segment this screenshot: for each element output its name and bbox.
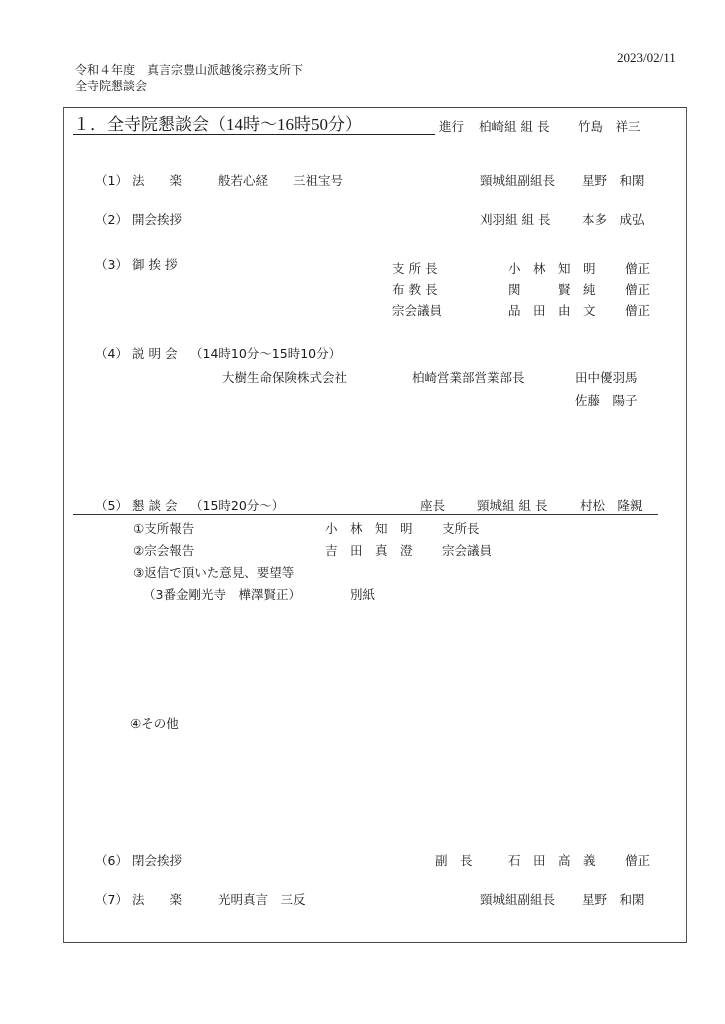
item-4-label: 説 明 会 (132, 348, 177, 361)
greeting-title: 僧正 (625, 284, 650, 297)
subitem-label: ①支所報告 (133, 523, 194, 536)
item-1-label: 法 楽 (132, 175, 182, 188)
chair-label: 座長 (420, 500, 445, 513)
item-4-name-2: 佐藤 陽子 (575, 395, 638, 408)
chair-role: 頸城組 組 長 (477, 500, 547, 513)
subitem-label: ②宗会報告 (133, 545, 194, 558)
item-4-time: （14時10分～15時10分） (190, 348, 341, 361)
greeting-title: 僧正 (625, 305, 650, 318)
greeting-name: 小 林 知 明 (508, 263, 596, 276)
header-line-2: 全寺院懇談会 (75, 80, 147, 92)
item-4-role: 柏崎営業部営業部長 (412, 372, 525, 385)
item-4-number: （4） (95, 348, 128, 361)
item-5-underline (73, 514, 658, 515)
host-role: 柏崎組 組 長 (479, 121, 549, 134)
host-name: 竹島 祥三 (578, 121, 641, 134)
subitem-title: 支所長 (442, 523, 480, 536)
subitem-title: 宗会議員 (442, 545, 492, 558)
item-5-label: 懇 談 会 (132, 500, 177, 513)
item-5-time: （15時20分～） (190, 500, 284, 513)
item-5-number: （5） (95, 500, 128, 513)
item-7-content: 光明真言 三反 (218, 894, 306, 907)
item-2-role: 刈羽組 組 長 (480, 214, 550, 227)
header-line-1: 令和４年度 真言宗豊山派越後宗務支所下 (75, 64, 303, 76)
item-6-number: （6） (95, 855, 128, 868)
item-2-label: 開会挨拶 (132, 214, 182, 227)
item-6-label: 閉会挨拶 (132, 855, 182, 868)
subitem-name: 吉 田 真 澄 (325, 545, 413, 558)
greeting-role: 布 教 長 (392, 284, 437, 297)
item-7-number: （7） (95, 894, 128, 907)
subitem-name: 小 林 知 明 (325, 523, 413, 536)
chair-name: 村松 隆親 (580, 500, 643, 513)
item-2-name: 本多 成弘 (582, 214, 645, 227)
subitem-label: ④その他 (130, 718, 179, 731)
item-7-name: 星野 和閑 (582, 894, 645, 907)
item-6-role: 副 長 (435, 855, 473, 868)
item-1-number: （1） (95, 175, 128, 188)
document-date: 2023/02/11 (617, 51, 676, 64)
greeting-role: 支 所 長 (392, 263, 437, 276)
item-1-name: 星野 和閑 (582, 175, 645, 188)
item-1-role: 頸城組副組長 (480, 175, 555, 188)
item-6-title: 僧正 (625, 855, 650, 868)
greeting-role: 宗会議員 (392, 305, 442, 318)
greeting-name: 品 田 由 文 (508, 305, 596, 318)
agenda-title: １．全寺院懇談会（14時～16時50分） (73, 116, 435, 135)
item-7-role: 頸城組副組長 (480, 894, 555, 907)
subitem-note: 別紙 (350, 589, 375, 602)
host-label: 進行 (439, 121, 464, 134)
greeting-name: 関 賢 純 (508, 284, 596, 297)
item-3-number: （3） (95, 259, 128, 272)
item-4-name-1: 田中優羽馬 (575, 372, 638, 385)
item-3-label: 御 挨 拶 (132, 259, 177, 272)
item-6-name: 石 田 高 義 (508, 855, 596, 868)
item-1-content: 般若心経 三祖宝号 (218, 175, 343, 188)
item-7-label: 法 楽 (132, 894, 182, 907)
greeting-title: 僧正 (625, 263, 650, 276)
subitem-label: （3番金剛光寺 樺澤賢正） (143, 589, 301, 602)
item-2-number: （2） (95, 214, 128, 227)
item-4-company: 大樹生命保険株式会社 (222, 372, 347, 385)
subitem-label: ③返信で頂いた意見、要望等 (133, 567, 294, 580)
